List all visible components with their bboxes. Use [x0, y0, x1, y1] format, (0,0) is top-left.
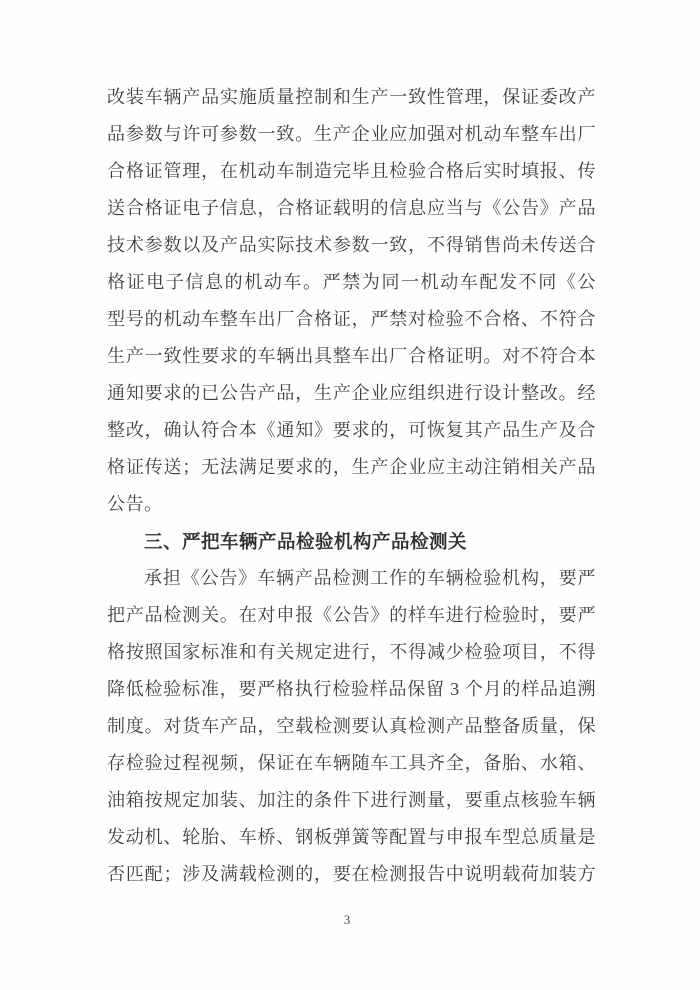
- text-line: 改装车辆产品实施质量控制和生产一致性管理，保证委改产: [107, 79, 596, 116]
- text-line: 送合格证电子信息，合格证载明的信息应当与《公告》产品: [107, 190, 596, 227]
- text-line: 发动机、轮胎、车桥、钢板弹簧等配置与申报车型总质量是: [107, 819, 596, 856]
- text-line: 制度。对货车产品，空载检测要认真检测产品整备质量，保: [107, 708, 596, 745]
- text-line: 技术参数以及产品实际技术参数一致，不得销售尚未传送合: [107, 227, 596, 264]
- text-line: 把产品检测关。在对申报《公告》的样车进行检验时，要严: [107, 597, 596, 634]
- text-line: 格按照国家标准和有关规定进行，不得减少检验项目，不得: [107, 634, 596, 671]
- text-line: 合格证管理，在机动车制造完毕且检验合格后实时填报、传: [107, 153, 596, 190]
- text-line: 公告。: [107, 486, 596, 523]
- text-line: 生产一致性要求的车辆出具整车出厂合格证明。对不符合本: [107, 338, 596, 375]
- text-line: 三、严把车辆产品检验机构产品检测关: [107, 523, 596, 560]
- text-line: 降低检验标准，要严格执行检验样品保留 3 个月的样品追溯: [107, 671, 596, 708]
- text-line: 油箱按规定加装、加注的条件下进行测量，要重点核验车辆: [107, 782, 596, 819]
- text-line: 通知要求的已公告产品，生产企业应组织进行设计整改。经: [107, 375, 596, 412]
- text-line: 承担《公告》车辆产品检测工作的车辆检验机构，要严: [107, 560, 596, 597]
- text-line: 否匹配；涉及满载检测的，要在检测报告中说明载荷加装方: [107, 856, 596, 893]
- document-page: 改装车辆产品实施质量控制和生产一致性管理，保证委改产品参数与许可参数一致。生产企…: [0, 0, 700, 990]
- text-line: 品参数与许可参数一致。生产企业应加强对机动车整车出厂: [107, 116, 596, 153]
- page-number: 3: [0, 910, 694, 930]
- text-line: 整改，确认符合本《通知》要求的，可恢复其产品生产及合: [107, 412, 596, 449]
- document-body: 改装车辆产品实施质量控制和生产一致性管理，保证委改产品参数与许可参数一致。生产企…: [107, 79, 596, 893]
- text-line: 格证电子信息的机动车。严禁为同一机动车配发不同《公告》: [107, 264, 596, 301]
- text-line: 存检验过程视频，保证在车辆随车工具齐全，备胎、水箱、: [107, 745, 596, 782]
- text-line: 型号的机动车整车出厂合格证，严禁对检验不合格、不符合: [107, 301, 596, 338]
- text-line: 格证传送；无法满足要求的，生产企业应主动注销相关产品: [107, 449, 596, 486]
